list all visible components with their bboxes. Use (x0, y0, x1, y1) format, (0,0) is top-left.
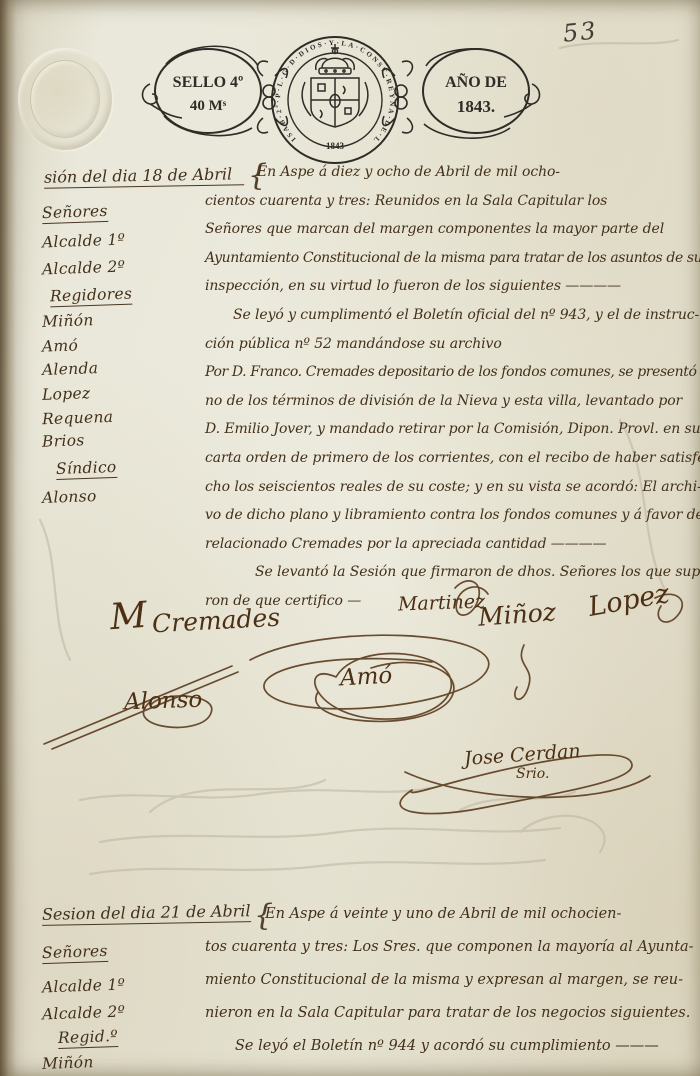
signature-amo: Amó (339, 663, 393, 692)
body-line: carta orden de primero de los corrientes… (205, 444, 691, 473)
body-line: vo de dicho plano y libramiento contra l… (205, 501, 691, 530)
body-line: Señores que marcan del margen componente… (205, 215, 691, 244)
body-line: relacionado Cremades por la apreciada ca… (205, 530, 691, 559)
margin-alcalde1-1: Alcalde 1º (42, 231, 126, 252)
margin-amo-1: Amó (42, 336, 79, 355)
body-line: Se leyó y cumplimentó el Boletín oficial… (205, 301, 691, 330)
margin-regidores-1: Regidores (50, 285, 133, 308)
session1-body: En Aspe á diez y ocho de Abril de mil oc… (205, 158, 691, 616)
signature-alonso: Alonso (124, 687, 203, 716)
margin-senores-2: Señores (42, 942, 108, 964)
body-line: miento Constitucional de la misma y expr… (205, 964, 691, 997)
stamp-year-line2: 1843. (457, 97, 495, 116)
stamp-year-line1: AÑO DE (445, 72, 507, 91)
body-line: Por D. Franco. Cremades depositario de l… (205, 358, 691, 387)
shield-icon (302, 78, 368, 127)
margin-alcalde1-2: Alcalde 1º (42, 976, 126, 997)
signature-martinez: Martinez (398, 590, 486, 615)
signature-secretary-title: Srio. (516, 766, 549, 782)
signature-minoz: Miñoz (477, 597, 557, 631)
stamp-class-line1: SELLO 4º (173, 74, 244, 91)
embossed-seal-inner-ring (30, 60, 100, 138)
signature-cremades: Cremades (151, 603, 280, 639)
body-line: nieron en la Sala Capitular para tratar … (205, 997, 691, 1030)
folio-number: 53 (562, 16, 599, 47)
body-line: Se leyó el Boletín nº 944 y acordó su cu… (205, 1030, 691, 1063)
margin-minon-1: Miñón (42, 311, 94, 331)
revenue-stamp: ISAB·2ª·P·L·G·D·DIOS·Y·LA·CONST·REYNA·DE… (138, 24, 546, 170)
stamp-right-oval (423, 49, 529, 133)
margin-brios-1: Brios (42, 431, 85, 450)
body-line: ción pública nº 52 mandándose su archivo (205, 330, 691, 359)
body-line: En Aspe á diez y ocho de Abril de mil oc… (205, 158, 691, 187)
body-line: Ayuntamiento Constitucional de la misma … (205, 244, 691, 273)
session2-body: En Aspe á veinte y uno de Abril de mil o… (205, 898, 691, 1063)
margin-alcalde2-2: Alcalde 2º (42, 1003, 126, 1024)
stamp-ring-year: ·1843· (323, 141, 347, 151)
embossed-dry-seal (18, 48, 112, 150)
margin-requena-1: Requena (42, 408, 114, 428)
body-line: tos cuarenta y tres: Los Sres. que compo… (205, 931, 691, 964)
margin-alenda-1: Alenda (42, 359, 99, 379)
margin-alonso-1: Alonso (42, 487, 97, 507)
stamp-class-line2: 40 Mˢ (190, 98, 227, 114)
stamp-ornament-flourishes (143, 46, 540, 138)
signature-cremades-initial: M (109, 595, 149, 638)
margin-alcalde2-1: Alcalde 2º (42, 258, 126, 279)
body-line: D. Emilio Jover, y mandado retirar por l… (205, 415, 691, 444)
body-line: inspección, en su virtud lo fueron de lo… (205, 272, 691, 301)
margin-lopez-1: Lopez (42, 384, 91, 404)
manuscript-page: 53 (0, 0, 700, 1076)
body-line: cho los seiscientos reales de su coste; … (205, 473, 691, 502)
stamp-left-oval (155, 49, 261, 133)
page-binding-edge (0, 0, 16, 1076)
body-line: En Aspe á veinte y uno de Abril de mil o… (205, 898, 691, 931)
margin-regidores-2: Regid.º (58, 1027, 119, 1049)
body-line: no de los términos de división de la Nie… (205, 387, 691, 416)
margin-sindico-1: Síndico (56, 458, 117, 480)
body-line: Se levantó la Sesión que firmaron de dho… (205, 558, 691, 587)
margin-minon-2: Miñón (42, 1053, 94, 1073)
margin-senores-1: Señores (42, 202, 108, 224)
body-line: cientos cuarenta y tres: Reunidos en la … (205, 187, 691, 216)
